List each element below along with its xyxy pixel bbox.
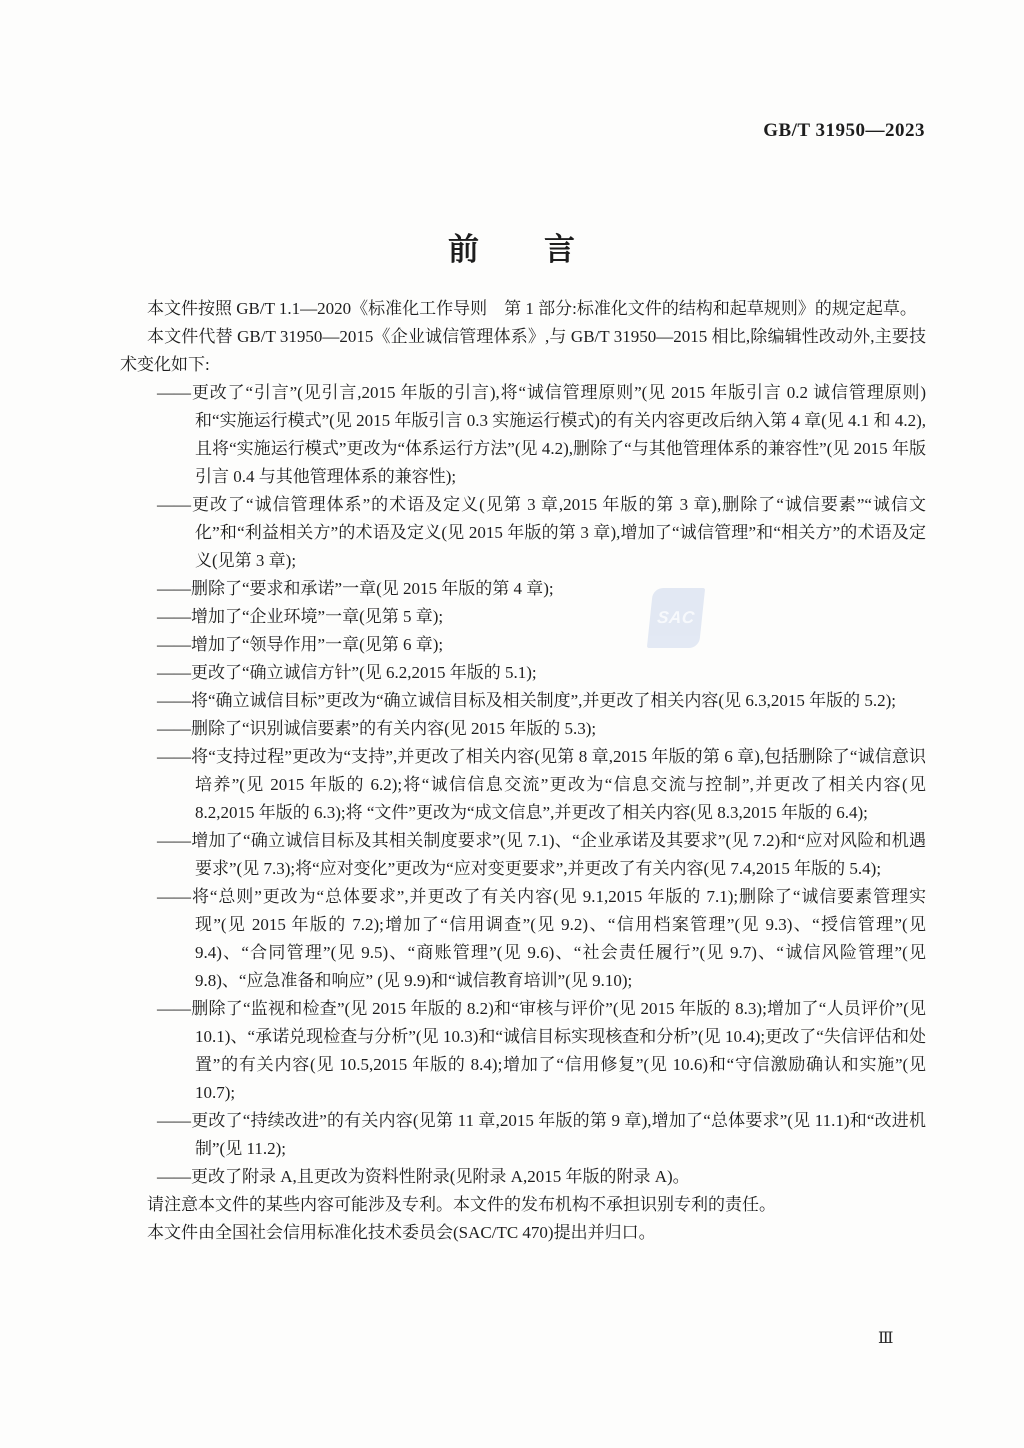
change-list-item: ——更改了“诚信管理体系”的术语及定义(见第 3 章,2015 年版的第 3 章… [120, 491, 926, 575]
list-dash-marker: —— [157, 999, 191, 1018]
list-dash-marker: —— [157, 887, 191, 906]
change-item-text: 将“总则”更改为“总体要求”,并更改了有关内容(见 9.1,2015 年版的 7… [191, 887, 926, 990]
intro-paragraph-drafting-rules: 本文件按照 GB/T 1.1—2020《标准化工作导则 第 1 部分:标准化文件… [120, 295, 926, 323]
list-dash-marker: —— [157, 495, 191, 514]
page-title-foreword: 前 言 [0, 224, 1024, 269]
page-number: Ⅲ [878, 1328, 893, 1348]
change-list-item: ——更改了“引言”(见引言,2015 年版的引言),将“诚信管理原则”(见 20… [120, 379, 926, 491]
change-list-item: ——更改了附录 A,且更改为资料性附录(见附录 A,2015 年版的附录 A)。 [120, 1163, 926, 1191]
change-list-item: ——将“总则”更改为“总体要求”,并更改了有关内容(见 9.1,2015 年版的… [120, 883, 926, 995]
technical-changes-list: ——更改了“引言”(见引言,2015 年版的引言),将“诚信管理原则”(见 20… [120, 379, 926, 1191]
change-item-text: 增加了“企业环境”一章(见第 5 章); [191, 607, 443, 626]
list-dash-marker: —— [157, 579, 191, 598]
body-content: 本文件按照 GB/T 1.1—2020《标准化工作导则 第 1 部分:标准化文件… [120, 295, 926, 1247]
list-dash-marker: —— [157, 663, 191, 682]
change-list-item: ——更改了“确立诚信方针”(见 6.2,2015 年版的 5.1); [120, 659, 926, 687]
change-list-item: ——删除了“识别诚信要素”的有关内容(见 2015 年版的 5.3); [120, 715, 926, 743]
document-page: GB/T 31950—2023 前 言 SAC 本文件按照 GB/T 1.1—2… [0, 0, 1024, 1448]
change-item-text: 增加了“领导作用”一章(见第 6 章); [191, 635, 443, 654]
change-list-item: ——将“支持过程”更改为“支持”,并更改了相关内容(见第 8 章,2015 年版… [120, 743, 926, 827]
change-list-item: ——增加了“领导作用”一章(见第 6 章); [120, 631, 926, 659]
change-list-item: ——删除了“监视和检查”(见 2015 年版的 8.2)和“审核与评价”(见 2… [120, 995, 926, 1107]
change-item-text: 删除了“识别诚信要素”的有关内容(见 2015 年版的 5.3); [191, 719, 596, 738]
change-list-item: ——更改了“持续改进”的有关内容(见第 11 章,2015 年版的第 9 章),… [120, 1107, 926, 1163]
committee-paragraph: 本文件由全国社会信用标准化技术委员会(SAC/TC 470)提出并归口。 [120, 1219, 926, 1247]
change-list-item: ——增加了“企业环境”一章(见第 5 章); [120, 603, 926, 631]
change-item-text: 更改了附录 A,且更改为资料性附录(见附录 A,2015 年版的附录 A)。 [191, 1167, 690, 1186]
list-dash-marker: —— [157, 831, 191, 850]
list-dash-marker: —— [157, 691, 191, 710]
change-item-text: 删除了“监视和检查”(见 2015 年版的 8.2)和“审核与评价”(见 201… [191, 999, 926, 1102]
change-item-text: 更改了“持续改进”的有关内容(见第 11 章,2015 年版的第 9 章),增加… [191, 1111, 926, 1158]
change-item-text: 将“确立诚信目标”更改为“确立诚信目标及相关制度”,并更改了相关内容(见 6.3… [191, 691, 896, 710]
change-list-item: ——将“确立诚信目标”更改为“确立诚信目标及相关制度”,并更改了相关内容(见 6… [120, 687, 926, 715]
change-list-item: ——删除了“要求和承诺”一章(见 2015 年版的第 4 章); [120, 575, 926, 603]
list-dash-marker: —— [157, 1111, 191, 1130]
standard-number: GB/T 31950—2023 [763, 120, 925, 142]
list-dash-marker: —— [157, 635, 191, 654]
change-item-text: 更改了“确立诚信方针”(见 6.2,2015 年版的 5.1); [191, 663, 537, 682]
change-item-text: 增加了“确立诚信目标及其相关制度要求”(见 7.1)、“企业承诺及其要求”(见 … [191, 831, 926, 878]
change-item-text: 更改了“诚信管理体系”的术语及定义(见第 3 章,2015 年版的第 3 章),… [191, 495, 926, 570]
change-item-text: 将“支持过程”更改为“支持”,并更改了相关内容(见第 8 章,2015 年版的第… [191, 747, 926, 822]
list-dash-marker: —— [157, 719, 191, 738]
patent-notice-paragraph: 请注意本文件的某些内容可能涉及专利。本文件的发布机构不承担识别专利的责任。 [120, 1191, 926, 1219]
change-item-text: 更改了“引言”(见引言,2015 年版的引言),将“诚信管理原则”(见 2015… [191, 383, 926, 486]
list-dash-marker: —— [157, 1167, 191, 1186]
list-dash-marker: —— [157, 607, 191, 626]
list-dash-marker: —— [157, 383, 191, 402]
intro-paragraph-replacement: 本文件代替 GB/T 31950—2015《企业诚信管理体系》,与 GB/T 3… [120, 323, 926, 379]
change-item-text: 删除了“要求和承诺”一章(见 2015 年版的第 4 章); [191, 579, 554, 598]
list-dash-marker: —— [157, 747, 191, 766]
change-list-item: ——增加了“确立诚信目标及其相关制度要求”(见 7.1)、“企业承诺及其要求”(… [120, 827, 926, 883]
